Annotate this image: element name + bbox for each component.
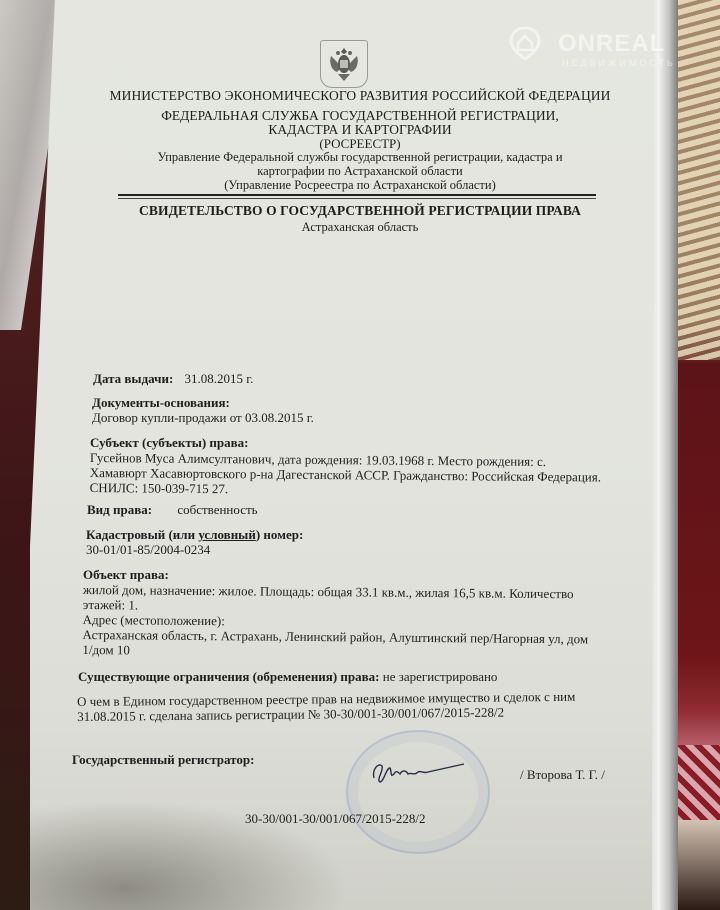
department-line1: Управление Федеральной службы государств… [100,150,620,165]
right-type-label: Вид права: [87,502,152,517]
registration-number-footer: 30-30/001-30/001/067/2015-228/2 [245,811,426,826]
signature [368,752,468,792]
official-seal [346,730,490,854]
header-divider [118,194,596,196]
issue-date-value: 31.08.2015 г. [185,371,254,386]
restrictions-label: Существующие ограничения (обременения) п… [78,669,379,684]
department-line2: картографии по Астраханской области [100,164,620,179]
subjects: Субъект (субъекты) права: Гусейнов Муса … [90,435,601,495]
issue-date-label: Дата выдачи: [93,371,173,386]
right-type-value: собственность [177,502,257,517]
registrar-label: Государственный регистратор: [72,752,254,767]
registry-note: О чем в Едином государственном реестре п… [77,689,576,724]
basis-documents: Документы-основания: Договор купли-прода… [92,395,314,425]
coat-of-arms-icon [320,40,368,88]
object-label: Объект права: [83,567,589,582]
certificate-document: МИНИСТЕРСТВО ЭКОНОМИЧЕСКОГО РАЗВИТИЯ РОС… [0,0,720,910]
header-divider-thin [118,198,596,199]
certificate-title: СВИДЕТЕЛЬСТВО О ГОСУДАРСТВЕННОЙ РЕГИСТРА… [100,203,620,219]
subjects-label: Субъект (субъекты) права: [90,435,601,450]
cadastral-label: Кадастровый (или условный) номер: [86,527,303,542]
ministry-name: МИНИСТЕРСТВО ЭКОНОМИЧЕСКОГО РАЗВИТИЯ РОС… [100,88,620,104]
restrictions-row: Существующие ограничения (обременения) п… [78,669,497,684]
region: Астраханская область [100,220,620,235]
restrictions-value: не зарегистрировано [383,669,498,684]
basis-documents-value: Договор купли-продажи от 03.08.2015 г. [92,410,314,425]
issue-date-row: Дата выдачи: 31.08.2015 г. [93,371,253,386]
right-type-row: Вид права: собственность [87,502,258,517]
registrar-name: / Второва Т. Г. / [520,767,605,782]
department-line3: (Управление Росреестра по Астраханской о… [100,178,620,193]
object: Объект права: жилой дом, назначение: жил… [83,567,589,657]
basis-documents-label: Документы-основания: [92,395,314,410]
cadastral-number: Кадастровый (или условный) номер: 30-01/… [86,527,303,557]
cadastral-value: 30-01/01-85/2004-0234 [86,542,303,557]
